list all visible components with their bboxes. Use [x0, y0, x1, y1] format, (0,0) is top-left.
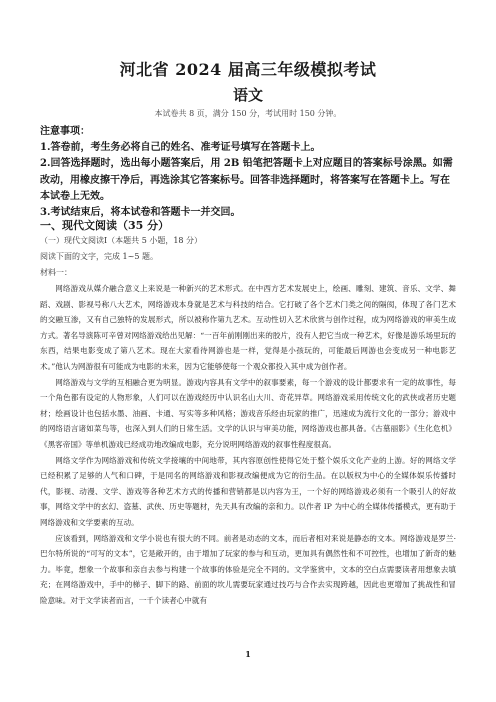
page-number: 1	[40, 649, 456, 659]
section-heading: 一、现代文阅读（35 分）	[40, 217, 169, 233]
notice-item: 1.答卷前，考生务必将自己的姓名、准考证号填写在答题卡上。	[40, 140, 456, 156]
exam-info: 本试卷共 8 页，满分 150 分，考试用时 150 分钟。	[40, 108, 456, 119]
passage-paragraph: 网络游戏从媒介融合意义上来说是一种新兴的艺术形式。在中西方艺术发展史上，绘画、雕…	[40, 281, 456, 375]
subject-title: 语文	[40, 84, 456, 105]
notice-item: 2.回答选择题时，选出每小题答案后，用 2B 铅笔把答题卡上对应题目的答案标号涂…	[40, 156, 456, 205]
passage-paragraph: 网络游戏与文学的互相融合更为明显。游戏内容具有文学中的叙事要素，每一个游戏的设计…	[40, 375, 456, 453]
notice-block: 注意事项： 1.答卷前，考生务必将自己的姓名、准考证号填写在答题卡上。 2.回答…	[40, 124, 456, 221]
sub-section-heading: （一）现代文阅读Ⅰ（本题共 5 小题，18 分）	[40, 235, 202, 246]
reading-passage: 网络游戏从媒介融合意义上来说是一种新兴的艺术形式。在中西方艺术发展史上，绘画、雕…	[40, 281, 456, 608]
exam-title: 河北省 2024 届高三年级模拟考试	[40, 57, 456, 80]
passage-paragraph: 网络文学作为网络游戏和传统文学接壤的中间地带，其内容原创性使得它处于整个娱乐文化…	[40, 453, 456, 531]
notice-heading: 注意事项：	[40, 124, 456, 140]
passage-paragraph: 应该看到，网络游戏和文学小说也有很大的不同。前者是动态的文本，而后者相对来说是静…	[40, 531, 456, 609]
instruction-text: 阅读下面的文字，完成 1~5 题。	[40, 251, 158, 262]
material-label: 材料一：	[40, 267, 72, 278]
